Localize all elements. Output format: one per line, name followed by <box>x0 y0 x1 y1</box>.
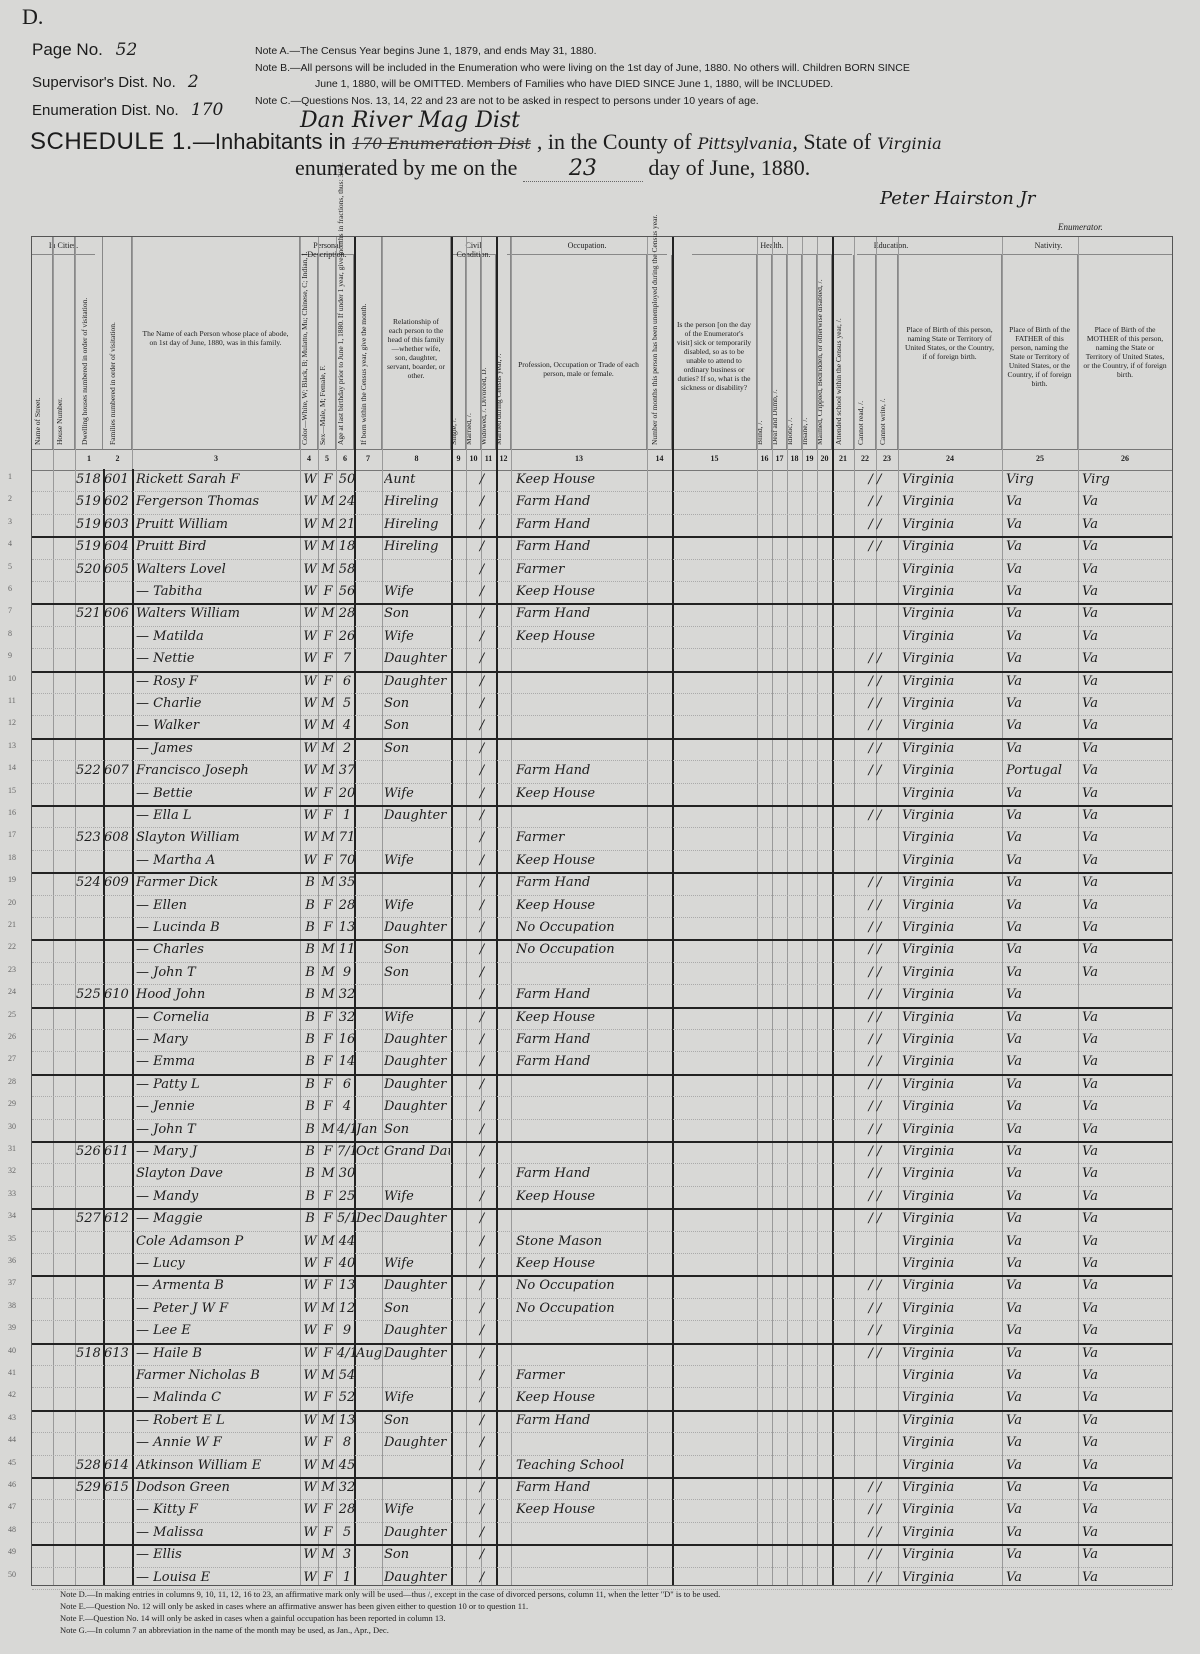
cell-civil: / <box>470 808 494 823</box>
cell-name: Cole Adamson P <box>136 1234 298 1249</box>
cell-mother: Va <box>1082 875 1162 890</box>
cell-birth: Virginia <box>902 786 1000 801</box>
cell-family: 608 <box>104 830 130 845</box>
cell-birth: Virginia <box>902 629 1000 644</box>
cell-father: Va <box>1006 718 1076 733</box>
cell-civil: / <box>470 539 494 554</box>
cell-birth: Virginia <box>902 1256 1000 1271</box>
cell-age: 7 <box>337 651 357 666</box>
line-number: 32 <box>8 1166 16 1175</box>
table-row: 30— John TBM4/12JanSon// /VirginiaVaVa <box>32 1119 1172 1143</box>
line-number: 4 <box>8 539 12 548</box>
cell-father: Va <box>1006 1211 1076 1226</box>
cell-name: — Armenta B <box>136 1278 298 1293</box>
cell-birth: Virginia <box>902 898 1000 913</box>
cell-occ: Farm Hand <box>516 1032 646 1047</box>
cell-rel: Daughter <box>384 1346 450 1361</box>
cell-father: Va <box>1006 1525 1076 1540</box>
line-number: 25 <box>8 1010 16 1019</box>
cell-father: Va <box>1006 1122 1076 1137</box>
cell-civil: / <box>470 584 494 599</box>
cell-name: — Charles <box>136 942 298 957</box>
cell-read_write: / / <box>855 1077 895 1092</box>
cell-dwelling: 518 <box>76 472 102 487</box>
cell-birth: Virginia <box>902 472 1000 487</box>
cell-mother: Va <box>1082 1278 1162 1293</box>
cell-age: 1 <box>337 1570 357 1585</box>
cell-age: 8 <box>337 1435 357 1450</box>
line-number: 10 <box>8 674 16 683</box>
line-number: 13 <box>8 741 16 750</box>
cell-sex: F <box>320 920 336 935</box>
cell-color: W <box>302 539 318 554</box>
cell-age: 52 <box>337 1390 357 1405</box>
cell-sex: M <box>320 1166 336 1181</box>
district-handwritten: Dan River Mag Dist <box>300 108 520 133</box>
cell-occ: Farm Hand <box>516 1413 646 1428</box>
cell-age: 28 <box>337 898 357 913</box>
cell-civil: / <box>470 1346 494 1361</box>
cell-occ: Farm Hand <box>516 1054 646 1069</box>
cell-family: 612 <box>104 1211 130 1226</box>
cell-color: B <box>302 987 318 1002</box>
cell-civil: / <box>470 987 494 1002</box>
cell-read_write: / / <box>855 965 895 980</box>
cell-name: Rickett Sarah F <box>136 472 298 487</box>
note-d: Note D.—In making entries in columns 9, … <box>60 1588 1160 1600</box>
enumeration-date-line: enumerated by me on the 23 day of June, … <box>295 155 810 182</box>
table-row: 44— Annie W FWF8Daughter/VirginiaVaVa <box>32 1432 1172 1455</box>
cell-occ: Teaching School <box>516 1458 646 1473</box>
cell-name: — Charlie <box>136 696 298 711</box>
cell-birth: Virginia <box>902 1077 1000 1092</box>
cell-sex: F <box>320 1144 336 1159</box>
cell-civil: / <box>470 1323 494 1338</box>
table-row: 6— TabithaWF56Wife/Keep HouseVirginiaVaV… <box>32 581 1172 605</box>
col-name: The Name of each Person whose place of a… <box>132 237 300 449</box>
line-number: 20 <box>8 898 16 907</box>
table-row: 36— LucyWF40Wife/Keep HouseVirginiaVaVa <box>32 1253 1172 1277</box>
cell-occ: Farmer <box>516 830 646 845</box>
cell-name: Fergerson Thomas <box>136 494 298 509</box>
cell-occ: No Occupation <box>516 1278 646 1293</box>
cell-father: Va <box>1006 1032 1076 1047</box>
cell-rel: Daughter <box>384 1570 450 1585</box>
line-number: 37 <box>8 1278 16 1287</box>
line-number: 22 <box>8 942 16 951</box>
cell-color: W <box>302 1301 318 1316</box>
cell-name: Walters William <box>136 606 298 621</box>
cell-color: W <box>302 786 318 801</box>
line-number: 15 <box>8 786 16 795</box>
cell-civil: / <box>470 1278 494 1293</box>
cell-age: 35 <box>337 875 357 890</box>
cell-mother: Va <box>1082 1301 1162 1316</box>
cell-birth: Virginia <box>902 1211 1000 1226</box>
cell-birth: Virginia <box>902 1166 1000 1181</box>
cell-sex: M <box>320 1122 336 1137</box>
cell-age: 54 <box>337 1368 357 1383</box>
enumerator-signature: Peter Hairston Jr <box>880 188 1035 209</box>
line-number: 17 <box>8 830 16 839</box>
cell-birth: Virginia <box>902 830 1000 845</box>
cell-mother: Va <box>1082 1413 1162 1428</box>
cell-birth: Virginia <box>902 1525 1000 1540</box>
cell-dwelling: 524 <box>76 875 102 890</box>
cell-mother: Va <box>1082 517 1162 532</box>
cell-rel: Son <box>384 1547 450 1562</box>
cell-mother: Va <box>1082 1189 1162 1204</box>
cell-age: 18 <box>337 539 357 554</box>
cell-mother: Va <box>1082 1480 1162 1495</box>
cell-civil: / <box>470 562 494 577</box>
cell-mother: Va <box>1082 942 1162 957</box>
cell-civil: / <box>470 718 494 733</box>
cell-sex: M <box>320 517 336 532</box>
cell-father: Va <box>1006 696 1076 711</box>
cell-occ: Farm Hand <box>516 1480 646 1495</box>
cell-name: — Annie W F <box>136 1435 298 1450</box>
cell-civil: / <box>470 763 494 778</box>
cell-family: 606 <box>104 606 130 621</box>
cell-rel: Wife <box>384 1390 450 1405</box>
cell-mother: Va <box>1082 1099 1162 1114</box>
table-row: 16— Ella LWF1Daughter// /VirginiaVaVa <box>32 805 1172 828</box>
cell-dwelling: 520 <box>76 562 102 577</box>
cell-age: 70 <box>337 853 357 868</box>
cell-father: Va <box>1006 1010 1076 1025</box>
cell-read_write: / / <box>855 1166 895 1181</box>
column-number-row: 1 2 3 4 5 6 7 8 9 10 11 12 13 14 15 16 1… <box>32 449 1172 471</box>
cell-age: 5 <box>337 1525 357 1540</box>
table-row: 26— MaryBF16Daughter/Farm Hand/ /Virgini… <box>32 1029 1172 1052</box>
cell-sex: F <box>320 674 336 689</box>
cell-sex: F <box>320 853 336 868</box>
cell-birth: Virginia <box>902 1099 1000 1114</box>
table-row: 24525610Hood JohnBM32/Farm Hand/ /Virgin… <box>32 984 1172 1008</box>
cell-occ: Farm Hand <box>516 875 646 890</box>
cell-sex: F <box>320 898 336 913</box>
cell-name: — Malinda C <box>136 1390 298 1405</box>
table-row: 49— EllisWM3Son// /VirginiaVaVa <box>32 1544 1172 1567</box>
cell-name: Atkinson William E <box>136 1458 298 1473</box>
cell-civil: / <box>470 1458 494 1473</box>
cell-civil: / <box>470 1570 494 1585</box>
cell-father: Va <box>1006 1547 1076 1562</box>
cell-occ: Farm Hand <box>516 606 646 621</box>
cell-name: — Martha A <box>136 853 298 868</box>
supervisor-number: 2 <box>188 72 199 92</box>
line-number: 44 <box>8 1435 16 1444</box>
cell-read_write: / / <box>855 1547 895 1562</box>
cell-rel: Son <box>384 1413 450 1428</box>
cell-rel: Aunt <box>384 472 450 487</box>
cell-dwelling: 519 <box>76 517 102 532</box>
cell-color: W <box>302 629 318 644</box>
cell-age: 13 <box>337 1278 357 1293</box>
table-row: 11— CharlieWM5Son// /VirginiaVaVa <box>32 693 1172 716</box>
cell-father: Va <box>1006 1502 1076 1517</box>
cell-age: 50 <box>337 472 357 487</box>
cell-read_write: / / <box>855 1144 895 1159</box>
table-row: 9— NettieWF7Daughter// /VirginiaVaVa <box>32 648 1172 672</box>
cell-civil: / <box>470 875 494 890</box>
cell-age: 32 <box>337 1480 357 1495</box>
col-months-unemployed: Number of months this person has been un… <box>647 255 672 449</box>
cell-read_write: / / <box>855 1189 895 1204</box>
cell-civil: / <box>470 606 494 621</box>
cell-civil: / <box>470 1256 494 1271</box>
cell-sex: M <box>320 1547 336 1562</box>
cell-occ: Farmer <box>516 1368 646 1383</box>
cell-father: Va <box>1006 1166 1076 1181</box>
cell-color: B <box>302 1010 318 1025</box>
cell-occ: Farm Hand <box>516 763 646 778</box>
cell-sex: M <box>320 875 336 890</box>
enumeration-district-line: Enumeration Dist. No. 170 <box>32 100 223 120</box>
cell-father: Va <box>1006 1278 1076 1293</box>
cell-dwelling: 521 <box>76 606 102 621</box>
group-occupation: Occupation. <box>507 237 667 255</box>
cell-rel: Son <box>384 606 450 621</box>
cell-dwelling: 523 <box>76 830 102 845</box>
cell-civil: / <box>470 1122 494 1137</box>
cell-mother: Va <box>1082 1525 1162 1540</box>
cell-rel: Wife <box>384 853 450 868</box>
line-number: 34 <box>8 1211 16 1220</box>
cell-mother: Va <box>1082 718 1162 733</box>
cell-father: Portugal <box>1006 763 1076 778</box>
col-relationship: Relationship of each person to the head … <box>382 237 451 449</box>
cell-mother: Va <box>1082 606 1162 621</box>
cell-civil: / <box>470 942 494 957</box>
line-number: 18 <box>8 853 16 862</box>
cell-rel: Wife <box>384 1502 450 1517</box>
cell-civil: / <box>470 1502 494 1517</box>
cell-mother: Va <box>1082 763 1162 778</box>
cell-occ: No Occupation <box>516 1301 646 1316</box>
cell-rel: Daughter <box>384 1435 450 1450</box>
line-number: 29 <box>8 1099 16 1108</box>
cell-civil: / <box>470 494 494 509</box>
cell-civil: / <box>470 786 494 801</box>
cell-color: W <box>302 830 318 845</box>
col-sex: Sex—Male, M; Female, F. <box>318 255 336 449</box>
cell-rel: Daughter <box>384 1032 450 1047</box>
cell-father: Va <box>1006 629 1076 644</box>
cell-mother: Va <box>1082 1458 1162 1473</box>
cell-color: W <box>302 1256 318 1271</box>
cell-rel: Daughter <box>384 1077 450 1092</box>
cell-sex: F <box>320 1435 336 1450</box>
table-row: 8— MatildaWF26Wife/Keep HouseVirginiaVaV… <box>32 626 1172 649</box>
cell-mother: Va <box>1082 898 1162 913</box>
cell-age: 25 <box>337 1189 357 1204</box>
cell-civil: / <box>470 1077 494 1092</box>
table-row: 35Cole Adamson PWM44/Stone MasonVirginia… <box>32 1231 1172 1254</box>
cell-family: 610 <box>104 987 130 1002</box>
cell-birth: Virginia <box>902 1368 1000 1383</box>
cell-mother: Va <box>1082 1256 1162 1271</box>
cell-age: 11 <box>337 942 357 957</box>
cell-name: Slayton William <box>136 830 298 845</box>
cell-name: Pruitt William <box>136 517 298 532</box>
cell-father: Va <box>1006 1099 1076 1114</box>
cell-name: Walters Lovel <box>136 562 298 577</box>
cell-mother: Va <box>1082 1144 1162 1159</box>
cell-father: Va <box>1006 1234 1076 1249</box>
cell-civil: / <box>470 674 494 689</box>
table-row: 13— JamesWM2Son// /VirginiaVaVa <box>32 738 1172 761</box>
cell-father: Va <box>1006 920 1076 935</box>
cell-father: Va <box>1006 1189 1076 1204</box>
cell-read_write: / / <box>855 763 895 778</box>
col-attended-school: Attended school within the Census year, … <box>832 255 854 449</box>
table-row: 48— MalissaWF5Daughter// /VirginiaVaVa <box>32 1522 1172 1546</box>
cell-dwelling: 526 <box>76 1144 102 1159</box>
cell-color: B <box>302 1144 318 1159</box>
cell-read_write: / / <box>855 1525 895 1540</box>
line-number: 46 <box>8 1480 16 1489</box>
cell-civil: / <box>470 1189 494 1204</box>
line-number: 6 <box>8 584 12 593</box>
line-number: 40 <box>8 1346 16 1355</box>
cell-father: Va <box>1006 853 1076 868</box>
cell-father: Va <box>1006 562 1076 577</box>
cell-rel: Son <box>384 965 450 980</box>
line-number: 33 <box>8 1189 16 1198</box>
table-row: 21— Lucinda BBF13Daughter/No Occupation/… <box>32 917 1172 941</box>
cell-color: W <box>302 472 318 487</box>
cell-read_write: / / <box>855 920 895 935</box>
cell-family: 614 <box>104 1458 130 1473</box>
cell-birth: Virginia <box>902 1189 1000 1204</box>
cell-sex: M <box>320 1458 336 1473</box>
cell-name: — Emma <box>136 1054 298 1069</box>
cell-name: — Louisa E <box>136 1570 298 1585</box>
cell-dwelling: 529 <box>76 1480 102 1495</box>
cell-birth: Virginia <box>902 1144 1000 1159</box>
cell-age: 45 <box>337 1458 357 1473</box>
cell-sex: M <box>320 763 336 778</box>
line-number: 50 <box>8 1570 16 1579</box>
cell-age: 3 <box>337 1547 357 1562</box>
table-row: 1518601Rickett Sarah FWF50Aunt/Keep Hous… <box>32 469 1172 492</box>
cell-father: Va <box>1006 1301 1076 1316</box>
table-row: 46529615Dodson GreenWM32/Farm Hand/ /Vir… <box>32 1477 1172 1500</box>
col-family: Families numbered in order of visitation… <box>103 237 132 449</box>
cell-rel: Wife <box>384 1010 450 1025</box>
cell-civil: / <box>470 1166 494 1181</box>
col-cannot-write: Cannot write, /. <box>876 255 898 449</box>
table-row: 32Slayton DaveBM30/Farm Hand/ /VirginiaV… <box>32 1163 1172 1186</box>
state-label: , State of <box>792 129 871 154</box>
cell-rel: Daughter <box>384 808 450 823</box>
cell-color: W <box>302 1368 318 1383</box>
col-occupation: Profession, Occupation or Trade of each … <box>511 255 647 449</box>
cell-age: 4/12 <box>337 1122 357 1137</box>
cell-civil: / <box>470 853 494 868</box>
cell-sex: M <box>320 1480 336 1495</box>
cell-birth: Virginia <box>902 1502 1000 1517</box>
cell-name: — Ella L <box>136 808 298 823</box>
census-sheet: D. Page No. 52 Supervisor's Dist. No. 2 … <box>0 0 1200 1654</box>
cell-mother: Va <box>1082 539 1162 554</box>
cell-name: — Haile B <box>136 1346 298 1361</box>
cell-mother: Va <box>1082 584 1162 599</box>
cell-age: 37 <box>337 763 357 778</box>
cell-father: Va <box>1006 606 1076 621</box>
cell-rel: Son <box>384 741 450 756</box>
cell-color: W <box>302 517 318 532</box>
cell-read_write: / / <box>855 1032 895 1047</box>
cell-color: W <box>302 853 318 868</box>
cell-mother: Va <box>1082 1077 1162 1092</box>
enumeration-day: 23 <box>523 156 643 182</box>
cell-name: — Cornelia <box>136 1010 298 1025</box>
table-row: 20— EllenBF28Wife/Keep House/ /VirginiaV… <box>32 895 1172 918</box>
cell-sex: F <box>320 629 336 644</box>
cell-sex: F <box>320 1211 336 1226</box>
cell-sex: M <box>320 1368 336 1383</box>
cell-rel: Daughter <box>384 1054 450 1069</box>
cell-read_write: / / <box>855 718 895 733</box>
group-civil: Civil Condition. <box>451 237 496 255</box>
table-row: 25— CorneliaBF32Wife/Keep House/ /Virgin… <box>32 1007 1172 1030</box>
cell-mother: Va <box>1082 965 1162 980</box>
cell-read_write: / / <box>855 539 895 554</box>
cell-read_write: / / <box>855 1211 895 1226</box>
cell-read_write: / / <box>855 517 895 532</box>
cell-birth: Virginia <box>902 562 1000 577</box>
table-row: 4519604Pruitt BirdWM18Hireling/Farm Hand… <box>32 536 1172 559</box>
col-dwelling: Dwelling houses numbered in order of vis… <box>75 237 103 449</box>
cell-color: W <box>302 1547 318 1562</box>
cell-color: W <box>302 1278 318 1293</box>
cell-father: Va <box>1006 1435 1076 1450</box>
cell-name: — Nettie <box>136 651 298 666</box>
cell-sex: M <box>320 696 336 711</box>
note-e: Note E.—Question No. 12 will only be ask… <box>60 1600 1160 1612</box>
cell-mother: Va <box>1082 674 1162 689</box>
cell-civil: / <box>470 1032 494 1047</box>
cell-read_write: / / <box>855 1122 895 1137</box>
cell-age: 9 <box>337 965 357 980</box>
enumeration-number: 170 <box>191 100 223 120</box>
line-number: 41 <box>8 1368 16 1377</box>
cell-sex: F <box>320 651 336 666</box>
schedule-title: SCHEDULE 1. <box>30 128 193 155</box>
cell-age: 9 <box>337 1323 357 1338</box>
cell-sex: F <box>320 1570 336 1585</box>
table-row: 2519602Fergerson ThomasWM24Hireling/Farm… <box>32 491 1172 514</box>
cell-birth: Virginia <box>902 539 1000 554</box>
cell-mother: Va <box>1082 651 1162 666</box>
cell-rel: Wife <box>384 898 450 913</box>
page-number: 52 <box>116 40 138 60</box>
cell-age: 26 <box>337 629 357 644</box>
cell-civil: / <box>470 920 494 935</box>
cell-name: — Mary J <box>136 1144 298 1159</box>
col-sickness: Is the person [on the day of the Enumera… <box>672 255 757 449</box>
cell-color: W <box>302 1480 318 1495</box>
table-row: 33— MandyBF25Wife/Keep House/ /VirginiaV… <box>32 1186 1172 1210</box>
line-number: 16 <box>8 808 16 817</box>
cell-father: Va <box>1006 1368 1076 1383</box>
cell-father: Va <box>1006 1458 1076 1473</box>
cell-mother: Va <box>1082 1346 1162 1361</box>
cell-sex: F <box>320 1256 336 1271</box>
